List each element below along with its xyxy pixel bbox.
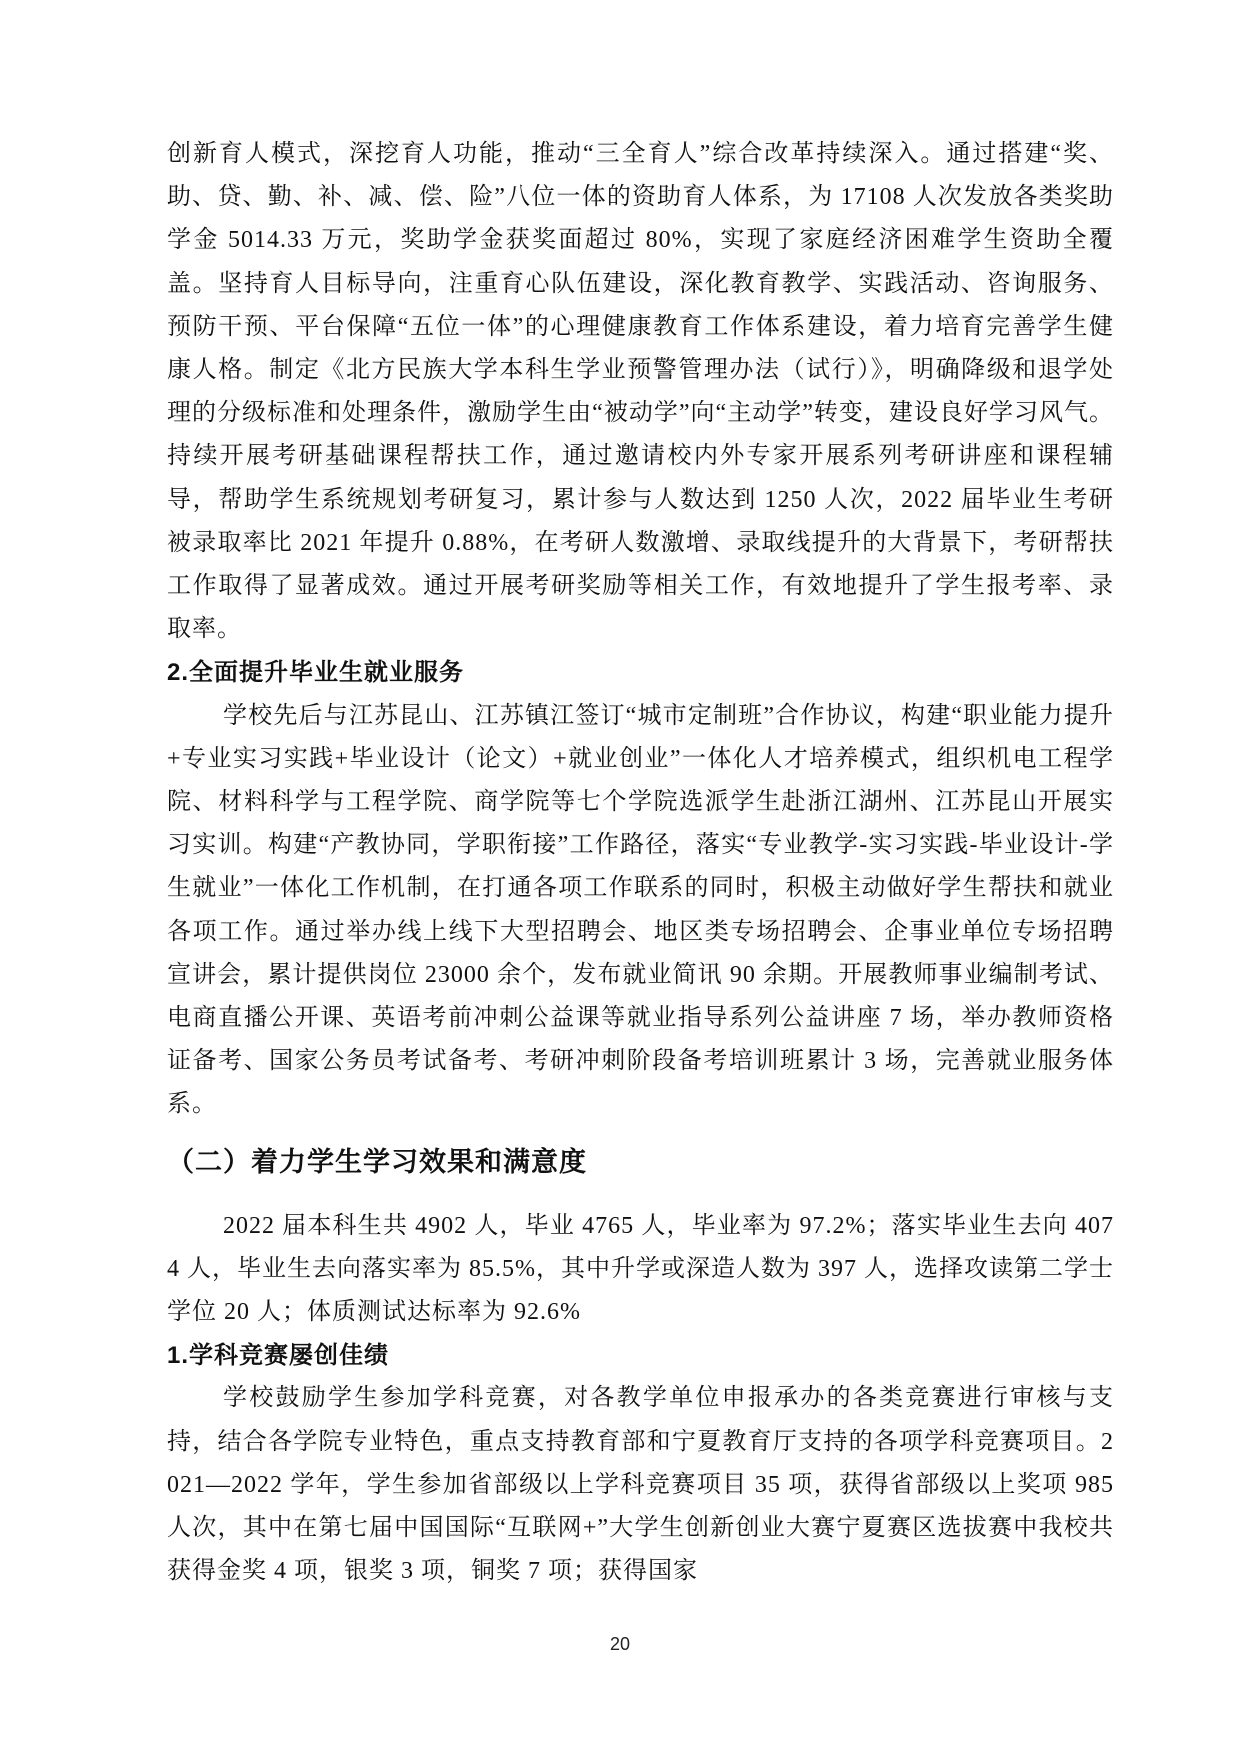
heading-subject-competitions: 1.学科竞赛屡创佳绩: [167, 1334, 1114, 1377]
heading-employment-services: 2.全面提升毕业生就业服务: [167, 651, 1114, 694]
paragraph-education-support: 创新育人模式，深挖育人功能，推动“三全育人”综合改革持续深入。通过搭建“奖、助、…: [167, 133, 1114, 651]
paragraph-subject-competitions: 学校鼓励学生参加学科竞赛，对各教学单位申报承办的各类竞赛进行审核与支持，结合各学…: [167, 1377, 1114, 1593]
page-content: 创新育人模式，深挖育人功能，推动“三全育人”综合改革持续深入。通过搭建“奖、助、…: [167, 133, 1114, 1594]
heading-section-learning-outcomes: （二）着力学生学习效果和满意度: [167, 1139, 1114, 1185]
paragraph-employment-services: 学校先后与江苏昆山、江苏镇江签订“城市定制班”合作协议，构建“职业能力提升+专业…: [167, 695, 1114, 1127]
page-number: 20: [0, 1634, 1240, 1655]
paragraph-graduate-statistics: 2022 届本科生共 4902 人，毕业 4765 人，毕业率为 97.2%；落…: [167, 1205, 1114, 1335]
document-page: 创新育人模式，深挖育人功能，推动“三全育人”综合改革持续深入。通过搭建“奖、助、…: [0, 0, 1240, 1753]
